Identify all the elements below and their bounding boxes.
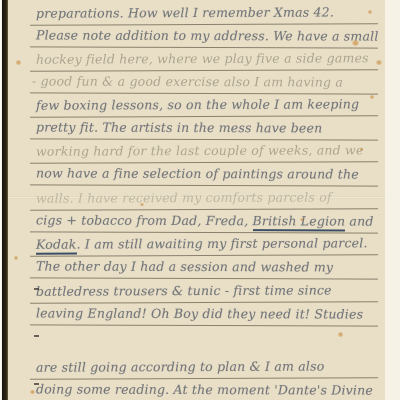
foxing-spot — [30, 390, 35, 394]
letter-line-text: Kodak. I am still awaiting my first pers… — [30, 235, 368, 251]
letter-line-text: are still going according to plan & I am… — [30, 358, 324, 374]
letter-line-text: - good fun & a good exercise also I am h… — [30, 73, 343, 89]
foxing-spot — [368, 10, 372, 14]
foxing-spot — [338, 332, 343, 337]
letter-line-text: walls. I have received my comforts parce… — [30, 189, 332, 205]
letter-line: are still going according to plan & I am… — [30, 354, 378, 380]
foxing-spot — [370, 95, 374, 99]
margin-mark — [34, 288, 39, 290]
foxing-spot — [376, 60, 382, 65]
letter-scan: preparations. How well I remember Xmas 4… — [0, 0, 400, 400]
foxing-spot — [300, 218, 304, 221]
letter-line-text: now have a fine selection of paintings a… — [30, 165, 359, 181]
letter-line-segment: cigs + tobacco from Dad, Freda, — [36, 212, 253, 228]
letter-line: cigs + tobacco from Dad, Freda, British … — [30, 208, 378, 233]
letter-line: preparations. How well I remember Xmas 4… — [30, 0, 378, 26]
letter-line: battledress trousers & tunic - first tim… — [30, 278, 378, 304]
letter-line: The other day I had a session and washed… — [30, 254, 378, 279]
letter-line-segment: . I am still awaiting my first personal … — [77, 235, 368, 251]
letter-line-text: cigs + tobacco from Dad, Freda, British … — [30, 212, 374, 228]
letter-line: working hard for the last couple of week… — [30, 138, 378, 164]
letter-line: leaving England! Oh Boy did they need it… — [30, 301, 378, 326]
letter-line: - good fun & a good exercise also I am h… — [30, 69, 378, 94]
foxing-spot — [352, 40, 359, 46]
letter-line-text: The other day I had a session and washed… — [30, 258, 333, 274]
letter-line-text: Please note addition to my address. We h… — [30, 27, 378, 43]
foxing-spot — [14, 256, 18, 260]
letter-line: pretty fit. The artists in the mess have… — [30, 115, 378, 140]
margin-mark — [34, 383, 39, 385]
letter-line: walls. I have received my comforts parce… — [30, 185, 378, 211]
letter-line: now have a fine selection of paintings a… — [30, 161, 378, 186]
letter-line-text: pretty fit. The artists in the mess have… — [30, 119, 322, 135]
letter-line-text: preparations. How well I remember Xmas 4… — [30, 4, 334, 20]
margin-mark — [34, 335, 39, 337]
letter-line-segment: and — [345, 213, 373, 228]
letter-line-text: working hard for the last couple of week… — [30, 142, 364, 158]
underlined-phrase-british-legion: British Legion — [253, 213, 346, 231]
letter-line-text: leaving England! Oh Boy did they need it… — [30, 305, 363, 321]
letter-line-text: hockey field here, where we play five a … — [30, 50, 369, 66]
foxing-spot — [16, 60, 21, 65]
letter-line: Please note addition to my address. We h… — [30, 23, 378, 48]
letter-line-text: battledress trousers & tunic - first tim… — [30, 282, 332, 298]
underlined-phrase-kodak: Kodak — [36, 237, 77, 255]
letter-line: Kodak. I am still awaiting my first pers… — [30, 231, 378, 257]
letter-line-text: few boxing lessons, so on the whole I am… — [30, 96, 359, 112]
letter-line-text: doing some reading. At the moment 'Dante… — [30, 381, 373, 397]
foxing-spot — [360, 148, 363, 151]
letter-line: few boxing lessons, so on the whole I am… — [30, 92, 378, 118]
letter-line: hockey field here, where we play five a … — [30, 46, 378, 72]
letter-line: doing some reading. At the moment 'Dante… — [30, 377, 378, 400]
foxing-spot — [140, 203, 144, 206]
